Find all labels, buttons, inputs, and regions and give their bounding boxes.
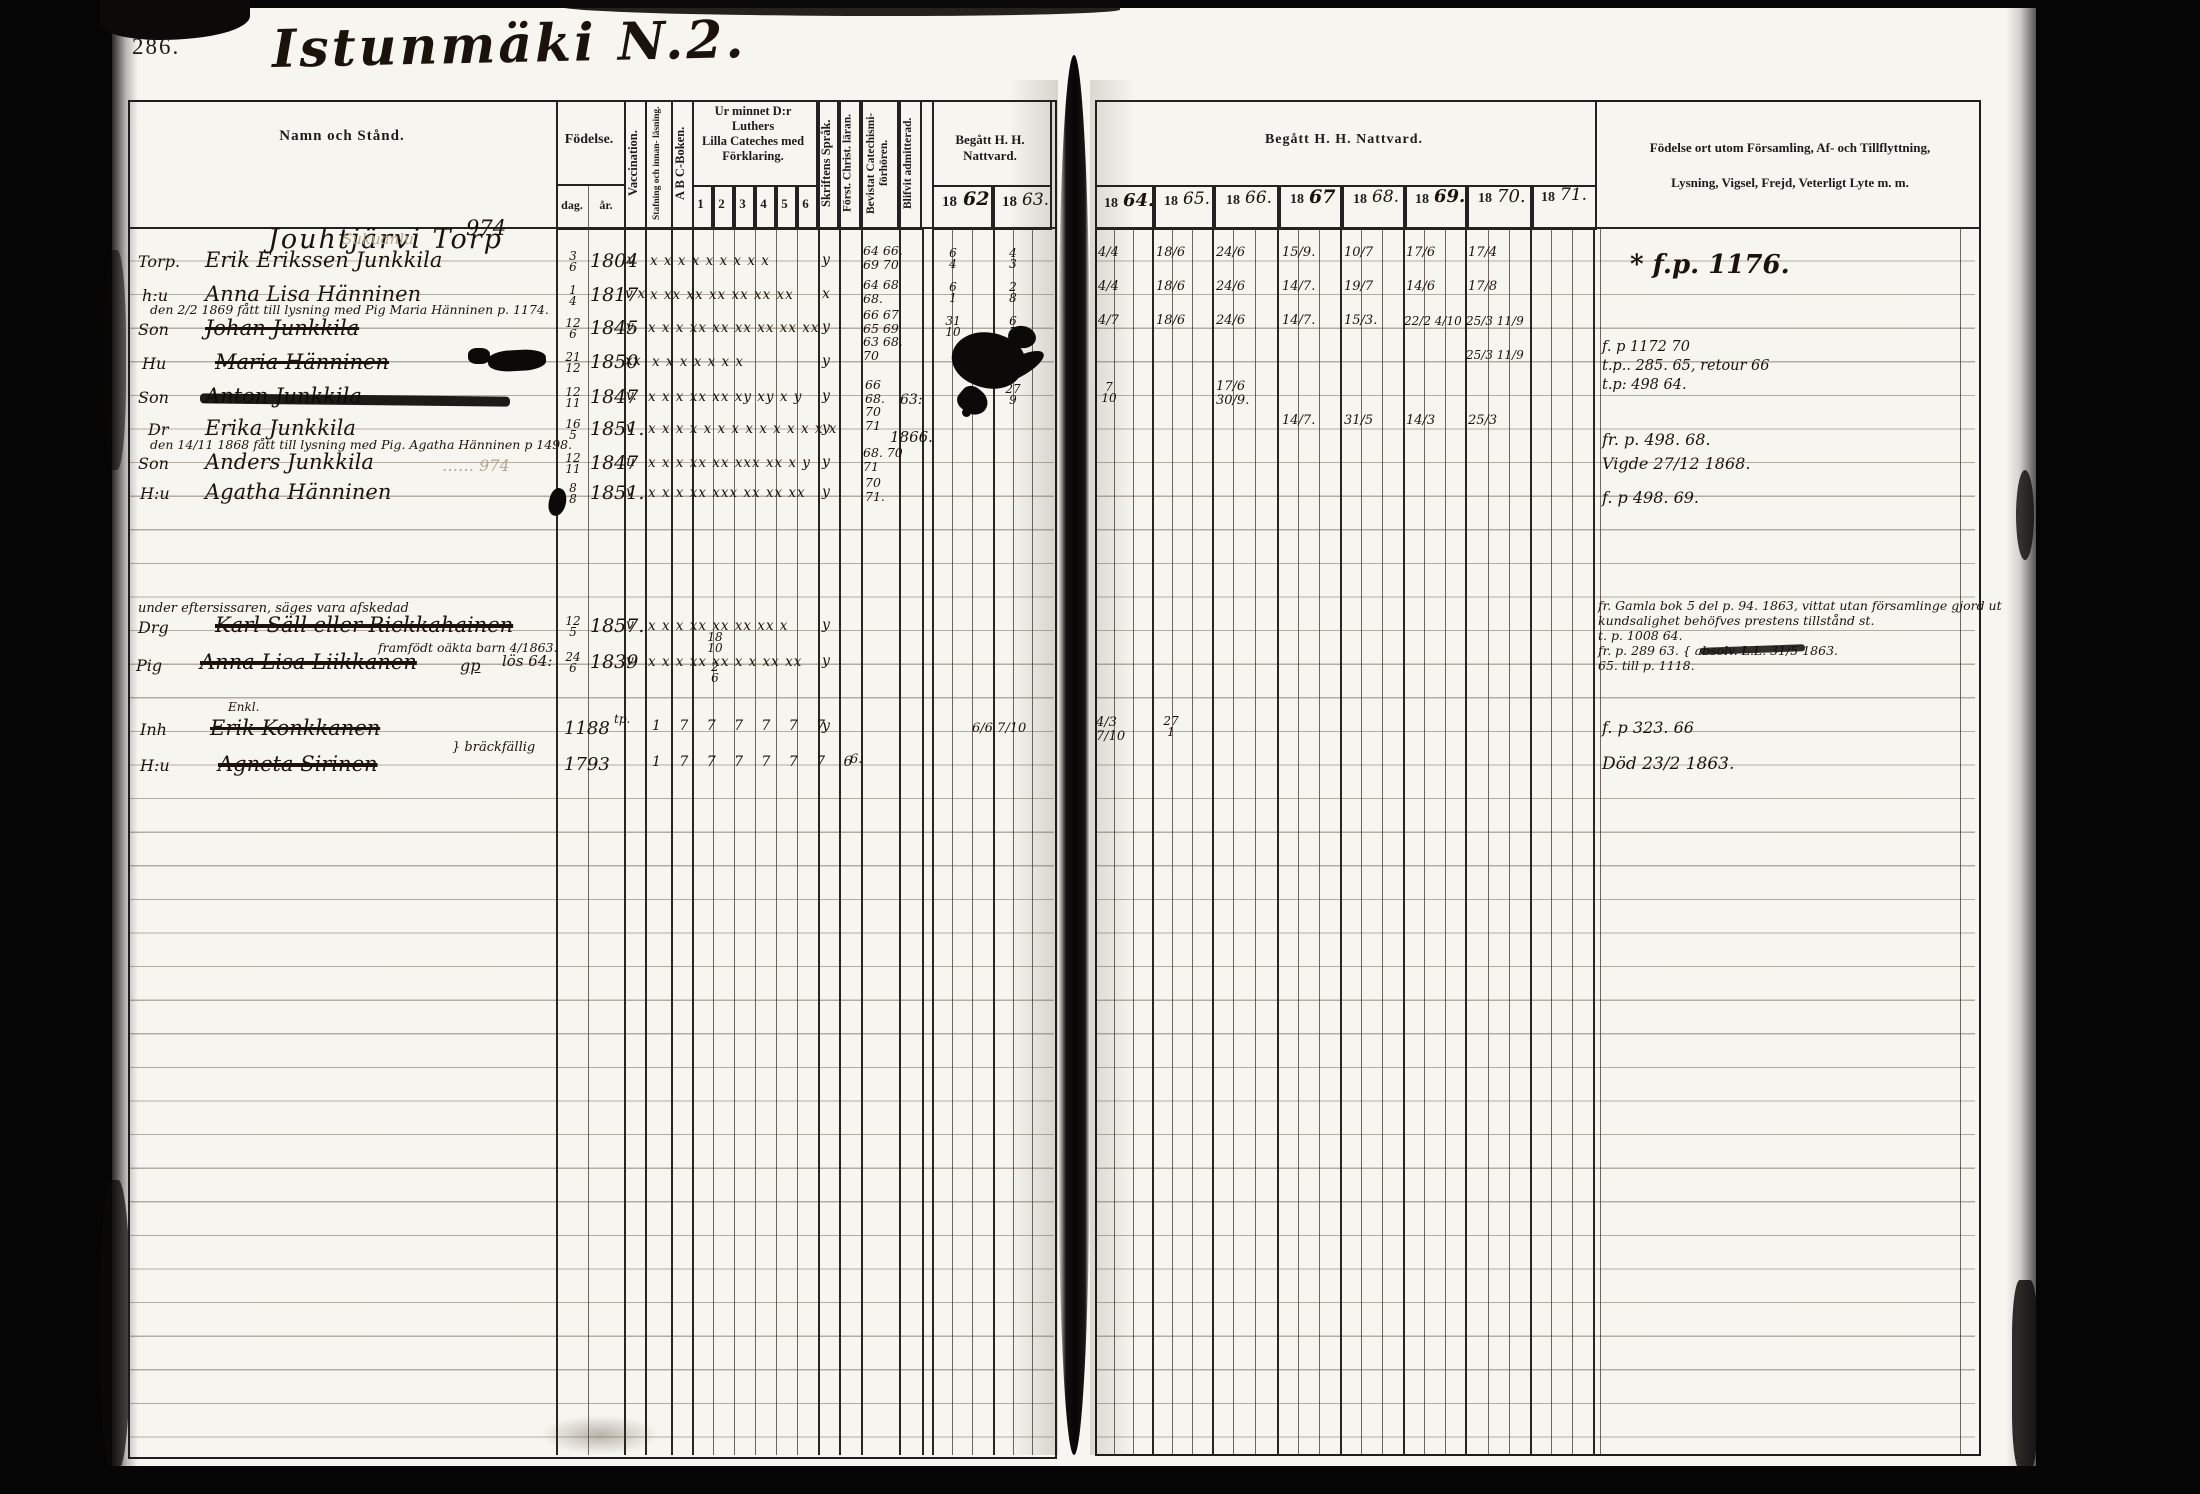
row-name-erikk: Erik Konkkanen (210, 716, 380, 740)
scan-border-bottom (0, 1466, 2200, 1494)
year-1867-suffix: 67 (1309, 186, 1335, 208)
erikk-marks: 1 7 7 7 7 7 7 (652, 718, 832, 734)
vline-65b (1192, 228, 1193, 1455)
annalisa-birth-day: 24 6 (558, 652, 588, 674)
anna-1864: 4/4 (1098, 280, 1119, 294)
fodelse-split-rule (556, 184, 624, 186)
skriftens-sprak-header: Skriftens Språk. (817, 102, 836, 224)
year-1868-prefix: 18 (1353, 192, 1367, 208)
row-label-agneta: H:u (140, 756, 170, 775)
vaccination-header: Vaccination. (623, 102, 644, 224)
vline-67-68 (1340, 228, 1342, 1455)
vline-66a (1233, 228, 1234, 1455)
year-1866-suffix: 66. (1245, 188, 1272, 208)
vline-67b (1319, 228, 1320, 1455)
agatha-birth-year: 1851. (590, 482, 644, 504)
anton-1867: 14/7. (1282, 414, 1315, 428)
cateches-5: 5 (776, 196, 793, 212)
nattvard-right-header: Begått H. H. Nattvard. (1095, 132, 1593, 148)
left-edge-streak (104, 250, 126, 470)
anna-1865: 18/6 (1156, 280, 1185, 294)
vline-cat3 (755, 228, 756, 1455)
erikk-1865: 27 1 (1156, 716, 1186, 738)
erikk-tp-note: tp. (614, 712, 630, 726)
heading-pencil-note: Sukuanlu (342, 230, 414, 248)
row-label-anders: Son (138, 454, 169, 473)
vline-forst-bev (861, 228, 863, 1455)
row-label-annalisa: Pig (136, 656, 162, 675)
vline-skrift-forst (839, 228, 841, 1455)
ink-speck (962, 408, 971, 417)
johan-1870: 25/3 11/9 (1466, 314, 1530, 328)
anton-bevistat: 66 68. 70 71 (865, 378, 885, 432)
annalisa-los-note: lös 64: (502, 652, 552, 670)
erika-marks: x x x x x x x x x x x x x x (648, 421, 837, 437)
erika-margin-note: fr. p. 498. 68. Vigde 27/12 1868. (1602, 428, 1750, 476)
anna-1862: 6 1 (938, 282, 968, 304)
erik-1863: 4 3 (998, 248, 1028, 270)
erik-1865: 18/6 (1156, 246, 1185, 260)
cateches-4: 4 (755, 196, 772, 212)
maria-margin-note: f. p 1172 70 t.p.. 285. 65, retour 66 t.… (1602, 338, 1770, 395)
scanned-register-page: 286. Istunmäki N.2. Namn och Stånd. Föde… (0, 0, 2200, 1494)
nattvard-left-header: Begått H. H. Nattvard. (932, 132, 1048, 164)
maria-sprak: y (822, 353, 830, 369)
row-name-agneta: Agneta Sirinen (218, 752, 378, 776)
anna-1870: 17/8 (1468, 280, 1497, 294)
row-name-annalisa: Anna Lisa Liikkanen (200, 650, 417, 674)
vline-1863-sub1 (1013, 228, 1014, 1455)
year-1870-prefix: 18 (1478, 191, 1492, 207)
johan-marks: x x x xx xx xx xx xx xx (648, 320, 820, 336)
vline-64-65 (1152, 228, 1154, 1455)
anders-pencil-note: …… 974 (442, 456, 510, 475)
agneta-margin-note: Död 23/2 1863. (1602, 754, 1734, 774)
enkl-note: Enkl. (228, 700, 259, 714)
erik-bevistat: 64 66. 69 70 (863, 244, 903, 271)
page-title-script: Istunmäki N.2. (271, 9, 747, 80)
anders-bevistat: 68. 70 71 (863, 446, 903, 473)
year-1862-suffix: 62 (963, 188, 989, 210)
year-1864-suffix: 64. (1123, 190, 1154, 211)
notes-header-line1: Födelse ort utom Församling, Af- och Til… (1620, 140, 1960, 156)
anna-1863: 2 8 (998, 282, 1028, 304)
vline-1863-sub2 (1032, 228, 1033, 1455)
erika-vacc: v (626, 420, 634, 436)
anton-1870: 25/3 (1468, 414, 1497, 428)
vline-vacc-staf (645, 228, 647, 1455)
agatha-sprak: y (822, 484, 830, 500)
vline-68b (1382, 228, 1383, 1455)
annalisa-sprak: y (822, 653, 830, 669)
anna-1866: 24/6 (1216, 280, 1245, 294)
agneta-marks: 1 7 7 7 7 7 7 6 (652, 754, 859, 770)
vline-71b (1572, 228, 1573, 1455)
maria-birth-day: 21 12 (558, 352, 588, 374)
row-name-agatha: Agatha Hänninen (205, 480, 391, 504)
bevistat-header: Bevistat Catechismi- förhören. (860, 102, 896, 224)
johan-bevistat: 66 67 65 69 63 68. 70 (863, 308, 903, 362)
year-1869-suffix: 69. (1434, 186, 1465, 207)
anders-sprak: y (822, 454, 830, 470)
row-label-erik: Torp. (138, 252, 180, 271)
erika-admitterad: 1866. (890, 428, 933, 446)
agneta-page-ref: 1793 (564, 754, 610, 775)
annalisa-1863: 2 6 (700, 662, 730, 684)
year-1864-prefix: 18 (1104, 196, 1118, 212)
erikk-1862-63: 6/6 7/10 (972, 722, 1042, 736)
vline-notes-inner (1600, 228, 1601, 1455)
maria-1870: 25/3 11/9 (1466, 348, 1530, 362)
erikk-sprak: y (822, 718, 830, 734)
johan-birth-day: 12 6 (558, 318, 588, 340)
erik-vacc: v (627, 252, 635, 268)
vline-64b (1133, 228, 1134, 1455)
year-1866-prefix: 18 (1226, 193, 1240, 209)
anders-vacc: u (626, 454, 635, 470)
vline-1862-sub1 (952, 228, 953, 1455)
dag-header: dag. (556, 198, 588, 213)
vline-cat2 (734, 228, 735, 1455)
vline-name-birth (556, 228, 558, 1455)
anton-1869: 14/3 (1406, 414, 1435, 428)
year-1868-suffix: 68. (1372, 187, 1399, 207)
namn-och-stand-header: Namn och Stånd. (128, 128, 556, 145)
erik-birth-day: 3 6 (558, 251, 588, 273)
cateches-6: 6 (797, 196, 814, 212)
maria-vacc: xx (625, 353, 641, 369)
scan-border-left (0, 0, 112, 1494)
vline-66-67 (1277, 228, 1279, 1455)
karl-birth-year: 1857. (590, 615, 644, 637)
year-1862-prefix: 18 (942, 194, 957, 211)
row-label-agatha: H:u (140, 484, 170, 503)
anders-birth-day: 12 11 (558, 453, 588, 475)
anna-1869: 14/6 (1406, 280, 1435, 294)
row-name-erik: Erik Erikssen Junkkila (205, 248, 442, 272)
cateches-1: 1 (692, 196, 709, 212)
vline-69b (1445, 228, 1446, 1455)
erika-birth-year: 1851. (590, 418, 644, 440)
vline-cat4 (776, 228, 777, 1455)
cateches-3: 3 (734, 196, 751, 212)
vline-bev-blif (899, 228, 901, 1455)
scan-edge-shading-right (2006, 0, 2040, 1466)
vline-65-66 (1212, 228, 1214, 1455)
anton-admitterad: 63: (900, 392, 923, 408)
row-label-erikk: Inh (140, 720, 167, 739)
right-edge-blotch (2016, 470, 2034, 560)
anton-marks: x x x xx xx xy xy x y (648, 389, 802, 405)
anton-1866: 17/6 30/9. (1216, 380, 1249, 408)
year-1871-suffix: 71. (1560, 185, 1587, 205)
bottom-stain (540, 1415, 660, 1455)
vline-dag-ar (588, 228, 589, 1455)
vline-staf-abc (671, 228, 673, 1455)
erik-1862: 6 4 (938, 248, 968, 270)
year-1869-prefix: 18 (1415, 192, 1429, 208)
year-1863-suffix: 63. (1022, 190, 1049, 210)
row-name-anders: Anders Junkkila (205, 450, 374, 474)
johan-1867: 14/7. (1282, 314, 1315, 328)
anna-vacc: v x (625, 286, 645, 302)
vline-71-notes (1593, 228, 1595, 1455)
row-name-maria: Maria Hänninen (215, 350, 389, 374)
johan-1862: 31 10 (938, 316, 968, 338)
vline-abc-cat (692, 228, 694, 1455)
abc-boken-header: A B C-Boken. (670, 102, 691, 224)
erik-1864: 4/4 (1098, 246, 1119, 260)
johan-vacc: v. (626, 319, 637, 335)
lysning-note-1: den 2/2 1869 fått till lysning med Pig M… (150, 303, 549, 317)
vline-70b (1509, 228, 1510, 1455)
anna-bevistat: 64 68 68. (863, 278, 899, 305)
year-1870-suffix: 70. (1497, 186, 1526, 207)
notes-header-line2: Lysning, Vigsel, Frejd, Veterligt Lyte m… (1620, 175, 1960, 191)
right-ruled-body (1097, 228, 1975, 1450)
erik-1868: 10/7 (1344, 246, 1373, 260)
vline-cat-skrift (818, 228, 820, 1455)
anna-1868: 19/7 (1344, 280, 1373, 294)
erikk-margin-note: f. p 323. 66 (1602, 718, 1694, 738)
vline-cat1 (713, 228, 714, 1455)
erik-1869: 17/6 (1406, 246, 1435, 260)
vline-70-71 (1530, 228, 1532, 1455)
annalisa-gp-note: gp (460, 656, 480, 675)
year-1871-prefix: 18 (1541, 190, 1555, 206)
vline-notes-right-inner (1960, 228, 1961, 1455)
row-label-anton: Son (138, 388, 169, 407)
erikk-page-ref: 1188 (564, 718, 610, 739)
erik-1867: 15/9. (1282, 246, 1315, 260)
erik-sprak: y (822, 252, 830, 268)
erik-1870: 17/4 (1468, 246, 1497, 260)
anton-1868: 31/5 (1344, 414, 1373, 428)
maria-year-blot-2 (468, 348, 490, 364)
erik-1866: 24/6 (1216, 246, 1245, 260)
forst-christ-header: Först. Christ. läran. (838, 102, 858, 224)
johan-sprak: y (822, 319, 830, 335)
page-number: 286. (132, 34, 180, 60)
vline-71a (1551, 228, 1552, 1455)
vline-68-69 (1403, 228, 1405, 1455)
agatha-margin-note: f. p 498. 69. (1602, 488, 1699, 508)
vline-ar-vacc (624, 228, 626, 1455)
vline-cat5 (797, 228, 798, 1455)
vline-69-70 (1465, 228, 1467, 1455)
anna-1867: 14/7. (1282, 280, 1315, 294)
vline-64a (1114, 228, 1115, 1455)
agatha-bevistat: 70 71. (865, 476, 885, 503)
johan-1868: 15/3. (1344, 314, 1377, 328)
fodelse-header: Födelse. (556, 132, 622, 148)
erik-margin-note: * f.p. 1176. (1630, 250, 1790, 280)
anna-marks: x xx xx xx xx xx xx (650, 287, 794, 303)
book-gutter (1058, 55, 1090, 1455)
ar-header: år. (590, 198, 622, 213)
vline-1862-1863 (993, 228, 995, 1455)
heading-number: 974 (466, 216, 506, 240)
agneta-brace-note: } bräckfällig (452, 740, 535, 755)
vline-66b (1255, 228, 1256, 1455)
anna-birth-day: 1 4 (558, 285, 588, 307)
blifvit-header: Blifvit admitterad. (898, 102, 919, 224)
maria-marks: x x x x x x x (652, 354, 744, 370)
row-name-johan: Johan Junkkila (205, 316, 359, 340)
left-edge-streak-bottom (100, 1180, 130, 1470)
vline-natt-start (932, 228, 934, 1455)
year-1867-prefix: 18 (1290, 192, 1304, 208)
row-label-maria: Hu (142, 354, 166, 373)
cateches-header: Ur minnet D:r Luthers Lilla Cateches med… (694, 104, 812, 164)
johan-1864: 4/7 (1098, 314, 1119, 328)
johan-1869: 22/2 4/10 (1404, 314, 1466, 328)
scan-border-right (2036, 0, 2200, 1494)
anna-sprak: x (822, 286, 830, 302)
karl-birth-day: 12 5 (558, 616, 588, 638)
johan-1866: 24/6 (1216, 314, 1245, 328)
erikk-1864: 4/3 7/10 (1096, 716, 1125, 744)
cateches-2: 2 (713, 196, 730, 212)
karl-sprak: y (822, 617, 830, 633)
karl-vacc: v (626, 617, 634, 633)
johan-1865: 18/6 (1156, 314, 1185, 328)
karl-margin-note: fr. Gamla bok 5 del p. 94. 1863, vittat … (1598, 598, 2002, 673)
year-1865-prefix: 18 (1164, 194, 1178, 210)
erik-marks: x x x x x x x x x (650, 253, 770, 269)
vline-65a (1172, 228, 1173, 1455)
left-ruled-body (130, 228, 1054, 1453)
dag-ar-divider (588, 186, 589, 228)
stafning-header: Stafning och innan- läsning. (644, 102, 670, 224)
annalisa-vacc: v (626, 653, 634, 669)
anton-sprak: y (822, 388, 830, 404)
anders-marks: x x x xx xx xxx xx x y (648, 455, 811, 471)
year-1865-suffix: 65. (1183, 189, 1210, 209)
erika-sprak: y (822, 420, 830, 436)
anton-birth-day: 12 11 (558, 387, 588, 409)
agatha-marks: x x x xx xxx xx xx xx (648, 485, 806, 501)
anton-vacc: v. (626, 388, 637, 404)
row-label-karl: Drg (138, 618, 169, 637)
vline-blif-end (922, 228, 924, 1455)
row-label-johan: Son (138, 320, 169, 339)
row-name-karl: Karl Säll eller Rickkahainen (215, 613, 513, 637)
year-1863-prefix: 18 (1002, 194, 1017, 211)
anton-1864: 7 10 (1094, 382, 1124, 404)
right-edge-blotch-bottom (2012, 1280, 2038, 1470)
agatha-vacc: v (626, 484, 634, 500)
karl-1863: 18 10 (700, 632, 730, 654)
